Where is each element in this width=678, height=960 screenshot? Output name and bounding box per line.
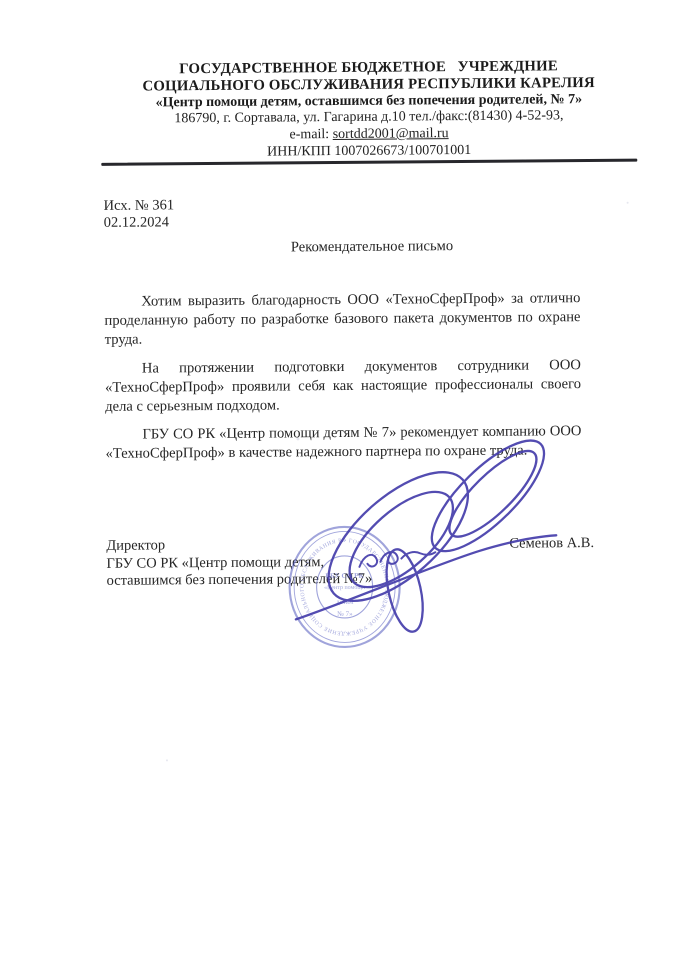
official-stamp-icon: • ГОСУДАРСТВЕННОЕ БЮДЖЕТНОЕ УЧРЕЖДЕНИЕ С… <box>258 418 400 650</box>
scan-artifact <box>627 202 629 204</box>
email-label: e-mail: <box>289 127 332 142</box>
letterhead: ГОСУДАРСТВЕННОЕ БЮДЖЕТНОЕ УЧРЕЖДНИЕ СОЦИ… <box>100 58 637 163</box>
paragraph-1: Хотим выразить благодарность ООО «ТехноС… <box>104 289 580 350</box>
scan-artifact <box>166 759 168 761</box>
email-address: sortdd2001@mail.ru <box>333 126 449 142</box>
outgoing-number: Исх. № 361 <box>104 197 175 215</box>
scan-artifact <box>296 437 299 440</box>
paragraph-2: На протяжении подготовки документов сотр… <box>105 356 581 417</box>
letter-title: Рекомендательное письмо <box>104 237 640 258</box>
handwritten-signature-icon <box>294 424 561 635</box>
stamp-and-signature: • ГОСУДАРСТВЕННОЕ БЮДЖЕТНОЕ УЧРЕЖДЕНИЕ С… <box>258 418 584 679</box>
document-page: ГОСУДАРСТВЕННОЕ БЮДЖЕТНОЕ УЧРЕЖДНИЕ СОЦИ… <box>0 0 678 960</box>
letter-date: 02.12.2024 <box>104 215 175 233</box>
stamp-center-line4: № 7» <box>337 610 353 618</box>
stamp-center-line1: ГБУ СО РК <box>325 572 364 580</box>
scanned-letter: ГОСУДАРСТВЕННОЕ БЮДЖЕТНОЕ УЧРЕЖДНИЕ СОЦИ… <box>0 0 678 960</box>
outgoing-block: Исх. № 361 02.12.2024 <box>104 197 175 232</box>
